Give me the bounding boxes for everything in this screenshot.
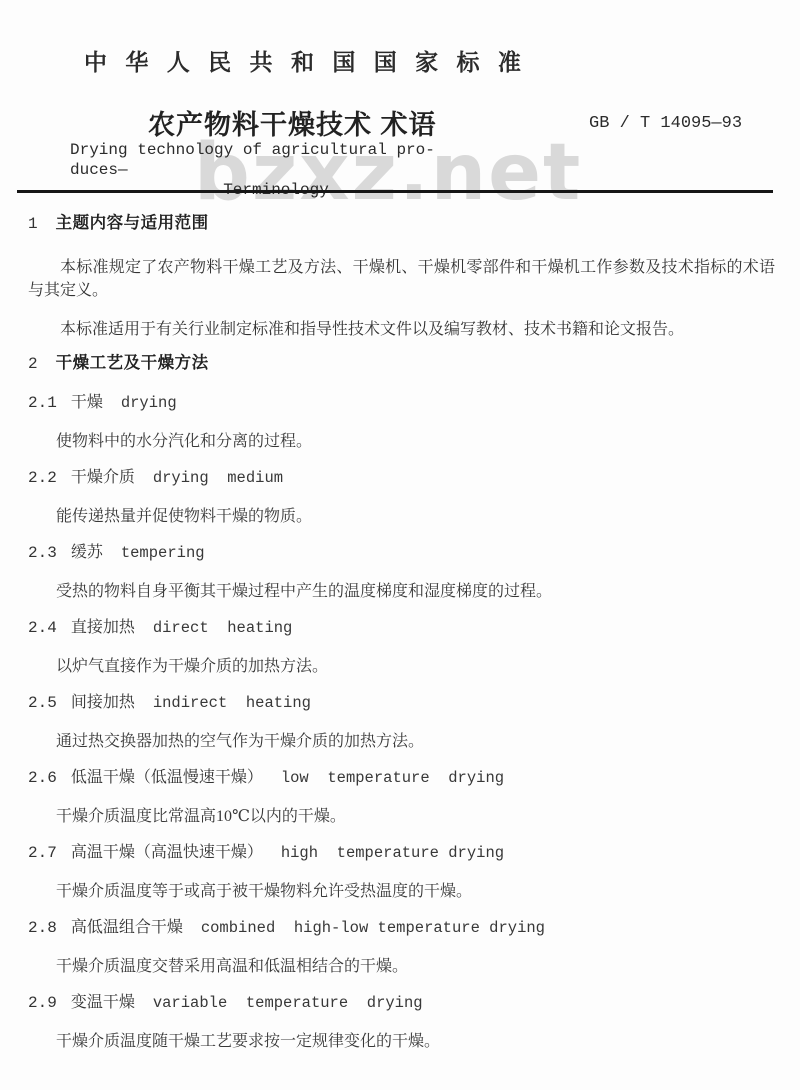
term-number: 2.8 bbox=[28, 919, 57, 937]
term-english: direct heating bbox=[153, 619, 293, 637]
national-standard-header: 中 华 人 民 共 和 国 国 家 标 准 bbox=[84, 44, 527, 77]
term-entry: 2.5间接加热indirect heating通过热交换器加热的空气作为干燥介质… bbox=[28, 692, 775, 752]
terms-list: 2.1干燥drying使物料中的水分汽化和分离的过程。2.2干燥介质drying… bbox=[28, 392, 775, 1052]
term-definition: 干燥介质温度交替采用高温和低温相结合的干燥。 bbox=[56, 956, 775, 977]
section-1: 1主题内容与适用范围本标准规定了农产物料干燥工艺及方法、干燥机、干燥机零部件和干… bbox=[28, 213, 775, 341]
term-line: 2.7高温干燥（高温快速干燥）high temperature drying bbox=[28, 842, 775, 864]
term-number: 2.9 bbox=[28, 994, 57, 1012]
term-definition: 干燥介质温度等于或高于被干燥物料允许受热温度的干燥。 bbox=[56, 881, 775, 902]
term-english: tempering bbox=[121, 544, 205, 562]
paragraph: 本标准规定了农产物料干燥工艺及方法、干燥机、干燥机零部件和干燥机工作参数及技术指… bbox=[28, 256, 775, 302]
term-line: 2.2干燥介质drying medium bbox=[28, 467, 775, 489]
term-definition: 能传递热量并促使物料干燥的物质。 bbox=[56, 506, 775, 527]
term-number: 2.2 bbox=[28, 469, 57, 487]
section-heading: 2干燥工艺及干燥方法 bbox=[28, 353, 775, 374]
term-chinese: 低温干燥（低温慢速干燥） bbox=[71, 769, 263, 786]
section-heading: 1主题内容与适用范围 bbox=[28, 213, 775, 234]
title-english-line1: Drying technology of agricultural pro-du… bbox=[70, 140, 482, 180]
term-number: 2.4 bbox=[28, 619, 57, 637]
header-divider-rule bbox=[17, 190, 773, 193]
section-2: 2干燥工艺及干燥方法2.1干燥drying使物料中的水分汽化和分离的过程。2.2… bbox=[28, 353, 775, 1052]
paragraph: 本标准适用于有关行业制定标准和指导性技术文件以及编写教材、技术书籍和论文报告。 bbox=[28, 318, 775, 341]
term-definition: 使物料中的水分汽化和分离的过程。 bbox=[56, 431, 775, 452]
term-number: 2.7 bbox=[28, 844, 57, 862]
term-definition: 通过热交换器加热的空气作为干燥介质的加热方法。 bbox=[56, 731, 775, 752]
term-chinese: 间接加热 bbox=[71, 694, 135, 711]
term-chinese: 干燥 bbox=[71, 394, 103, 411]
section-title: 干燥工艺及干燥方法 bbox=[56, 354, 209, 372]
term-chinese: 高温干燥（高温快速干燥） bbox=[71, 844, 263, 861]
term-entry: 2.9变温干燥variable temperature drying干燥介质温度… bbox=[28, 992, 775, 1052]
term-english: variable temperature drying bbox=[153, 994, 423, 1012]
section-title: 主题内容与适用范围 bbox=[56, 214, 209, 232]
term-english: combined high-low temperature drying bbox=[201, 919, 545, 937]
term-chinese: 高低温组合干燥 bbox=[71, 919, 183, 936]
term-line: 2.9变温干燥variable temperature drying bbox=[28, 992, 775, 1014]
term-english: indirect heating bbox=[153, 694, 311, 712]
term-number: 2.6 bbox=[28, 769, 57, 787]
document-title-chinese: 农产物料干燥技术 术语 bbox=[148, 103, 437, 142]
term-line: 2.8高低温组合干燥combined high-low temperature … bbox=[28, 917, 775, 939]
standard-number: GB / T 14095—93 bbox=[589, 114, 742, 133]
term-line: 2.5间接加热indirect heating bbox=[28, 692, 775, 714]
term-line: 2.4直接加热direct heating bbox=[28, 617, 775, 639]
term-chinese: 直接加热 bbox=[71, 619, 135, 636]
document-body: 1主题内容与适用范围本标准规定了农产物料干燥工艺及方法、干燥机、干燥机零部件和干… bbox=[28, 213, 775, 1067]
term-english: drying bbox=[121, 394, 177, 412]
section-number: 2 bbox=[28, 355, 38, 373]
term-number: 2.3 bbox=[28, 544, 57, 562]
term-number: 2.1 bbox=[28, 394, 57, 412]
term-entry: 2.2干燥介质drying medium能传递热量并促使物料干燥的物质。 bbox=[28, 467, 775, 527]
term-definition: 受热的物料自身平衡其干燥过程中产生的温度梯度和湿度梯度的过程。 bbox=[56, 581, 775, 602]
term-entry: 2.7高温干燥（高温快速干燥）high temperature drying干燥… bbox=[28, 842, 775, 902]
term-definition: 干燥介质温度比常温高10℃以内的干燥。 bbox=[56, 806, 775, 827]
term-number: 2.5 bbox=[28, 694, 57, 712]
term-entry: 2.3缓苏tempering受热的物料自身平衡其干燥过程中产生的温度梯度和湿度梯… bbox=[28, 542, 775, 602]
term-definition: 以炉气直接作为干燥介质的加热方法。 bbox=[56, 656, 775, 677]
term-entry: 2.1干燥drying使物料中的水分汽化和分离的过程。 bbox=[28, 392, 775, 452]
term-english: high temperature drying bbox=[281, 844, 504, 862]
term-chinese: 缓苏 bbox=[71, 544, 103, 561]
term-line: 2.6低温干燥（低温慢速干燥）low temperature drying bbox=[28, 767, 775, 789]
term-english: low temperature drying bbox=[281, 769, 504, 787]
section-number: 1 bbox=[28, 215, 38, 233]
term-line: 2.3缓苏tempering bbox=[28, 542, 775, 564]
term-definition: 干燥介质温度随干燥工艺要求按一定规律变化的干燥。 bbox=[56, 1031, 775, 1052]
term-entry: 2.4直接加热direct heating以炉气直接作为干燥介质的加热方法。 bbox=[28, 617, 775, 677]
document-page: bzxz.net 中 华 人 民 共 和 国 国 家 标 准 农产物料干燥技术 … bbox=[0, 0, 800, 1090]
term-entry: 2.8高低温组合干燥combined high-low temperature … bbox=[28, 917, 775, 977]
term-chinese: 干燥介质 bbox=[71, 469, 135, 486]
term-entry: 2.6低温干燥（低温慢速干燥）low temperature drying干燥介… bbox=[28, 767, 775, 827]
term-english: drying medium bbox=[153, 469, 283, 487]
term-line: 2.1干燥drying bbox=[28, 392, 775, 414]
term-chinese: 变温干燥 bbox=[71, 994, 135, 1011]
